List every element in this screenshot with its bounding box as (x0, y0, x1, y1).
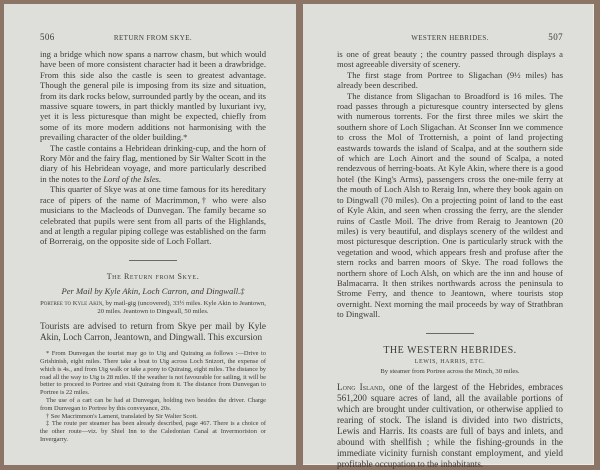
book-title: Lord of the Isles. (103, 174, 161, 184)
paragraph: The distance from Sligachan to Broadford… (337, 91, 563, 320)
paragraph: This quarter of Skye was at one time fam… (40, 184, 266, 246)
page-number: 507 (548, 31, 563, 43)
footnotes: * From Dunvegan the tourist may go to Ui… (40, 350, 266, 444)
section-intro: Tourists are advised to return from Skye… (40, 321, 266, 343)
section-subtitle: Per Mail by Kyle Akin, Loch Carron, and … (40, 286, 266, 296)
footnote: ‡ The route per steamer has been already… (40, 420, 266, 443)
section-body: Long Island, one of the largest of the H… (337, 382, 563, 470)
running-header: 506 RETURN FROM SKYE. (40, 32, 266, 44)
section-body-text: one of the largest of the Hebrides, embr… (337, 382, 563, 469)
route-lead: Portree to Kyle Akin, (40, 300, 104, 307)
section-divider (426, 333, 474, 334)
route-info: Portree to Kyle Akin, by mail-gig (uncov… (40, 300, 266, 316)
footnote: * From Dunvegan the tourist may go to Ui… (40, 350, 266, 397)
section-title: THE WESTERN HEBRIDES. (337, 345, 563, 356)
paragraph: The castle contains a Hebridean drinking… (40, 143, 266, 185)
section-note: By steamer from Portree across the Minch… (337, 368, 563, 376)
left-page-content: 506 RETURN FROM SKYE. ing a bridge which… (40, 32, 266, 444)
running-head-title: RETURN FROM SKYE. (40, 32, 266, 44)
paragraph: The first stage from Portree to Sligacha… (337, 70, 563, 91)
paragraph: ing a bridge which now spans a narrow ch… (40, 49, 266, 143)
footnote: † See Macrimmon's Lament, translated by … (40, 413, 266, 421)
footnote: The use of a cart can be had at Dunvegan… (40, 397, 266, 413)
running-header: WESTERN HEBRIDES. 507 (337, 32, 563, 44)
route-detail: by mail-gig (uncovered), 33½ miles. Kyle… (97, 300, 266, 315)
section-title: The Return from Skye. (40, 272, 266, 281)
section-subtitle: LEWIS, HARRIS, ETC. (337, 359, 563, 365)
section-lead: Long Island, (337, 382, 385, 392)
section-divider (129, 260, 177, 261)
left-page: 506 RETURN FROM SKYE. ing a bridge which… (4, 4, 296, 465)
right-page-content: WESTERN HEBRIDES. 507 is one of great be… (337, 32, 563, 470)
right-page: WESTERN HEBRIDES. 507 is one of great be… (303, 4, 594, 465)
paragraph: is one of great beauty ; the country pas… (337, 49, 563, 70)
running-head-title: WESTERN HEBRIDES. (337, 32, 563, 44)
